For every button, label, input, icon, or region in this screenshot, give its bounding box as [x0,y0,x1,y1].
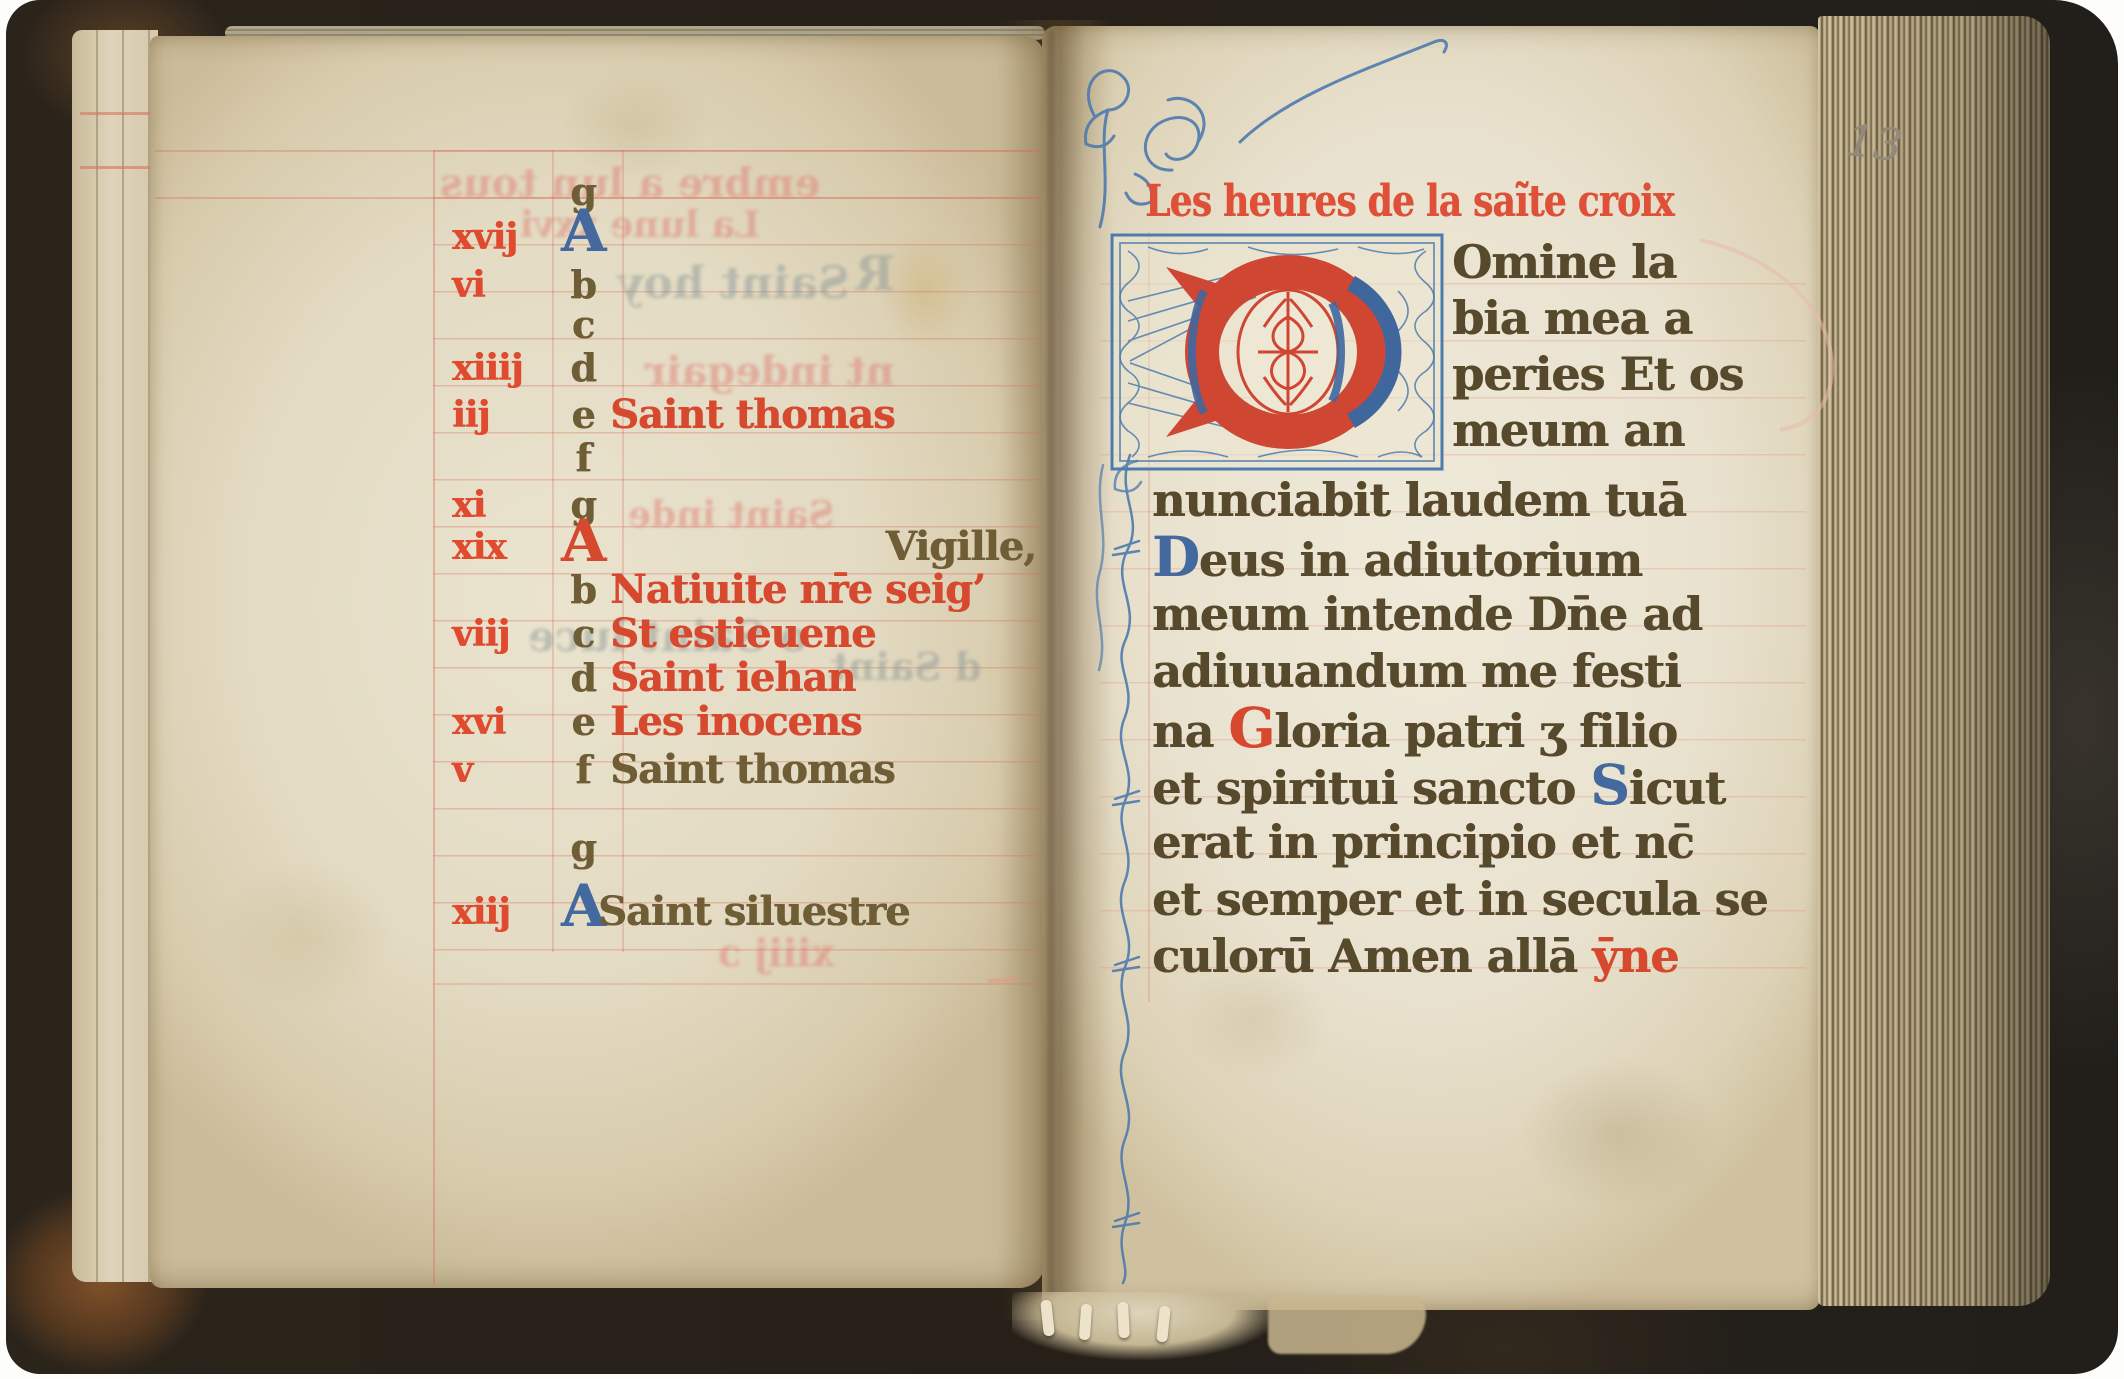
calendar-entry: Saint thomas [610,746,1036,794]
dominical-letter: f [550,746,616,794]
calendar-row: f [450,434,1042,482]
parchment-spine-patch [1268,1296,1426,1354]
initial-letter-d [1166,267,1393,437]
text-line: adiuuandum me festi [1152,645,1817,697]
calendar-row: xi g [450,481,1042,529]
text-line: culorū Amen allā ȳne [1152,930,1817,982]
text-segment: et spiritui sancto [1152,761,1590,815]
text-line: Deus in adiutorium [1152,531,1817,586]
text-segment: ȳne [1592,929,1678,983]
text-segment: meum intende Dn̄e ad [1152,587,1702,641]
calendar-entry: Saint thomas [610,391,1036,439]
red-ruling-tick [80,112,150,115]
text-segment: culorū Amen allā [1152,929,1592,983]
golden-number: xiiij [452,344,548,392]
folio-number: 13 [1843,115,1905,172]
text-segment: et semper et in secula se [1152,872,1768,926]
page-edges-fanned [1818,16,2050,1306]
golden-number: viij [452,610,548,658]
golden-number: xi [452,481,548,529]
text-line: peries Et os [1452,348,1742,400]
calendar-row: xvi e Les inocens [450,698,1042,746]
text-line: nunciabit laudem tuā [1152,474,1817,526]
calendar-row: d Saint iehan [450,654,1042,702]
golden-number: xvij [452,213,548,261]
page-edges-left-stack [72,30,158,1282]
calendar-row: g [450,168,1042,216]
dominical-letter: e [550,698,616,746]
text-line: et spiritui sancto Sicut [1152,759,1817,814]
showthrough-text: xiiij ɔ [718,930,834,975]
calendar-entry: Vigille, [610,523,1036,571]
text-segment: na [1152,704,1228,758]
golden-number: xvi [452,698,548,746]
ruling-line [433,983,1040,985]
text-line: meum an [1452,404,1742,456]
text-segment: erat in principio et nc̄ [1152,815,1694,869]
calendar-entry: Saint iehan [610,654,1036,702]
versal-initial: D [1152,524,1199,589]
text-segment: eus in adiutorium [1199,533,1642,587]
golden-number: xix [452,523,548,571]
text-segment: icut [1629,761,1725,815]
calendar-row: xvij A [450,213,1042,261]
dominical-letter: d [550,654,616,702]
text-segment: nunciabit laudem tuā [1152,473,1686,527]
ruling-line [155,150,1040,152]
dominical-letter: c [550,610,616,658]
calendar-row: xix A Vigille, [450,523,1042,571]
text-segment: adiuuandum me festi [1152,644,1681,698]
text-line: na Gloria patri ʒ filio [1152,702,1817,757]
calendar-row: g [450,824,1042,872]
dominical-letter: c [550,301,616,349]
text-segment: loria patri ʒ filio [1274,704,1677,758]
calendar-entry: Natiuite nr̄e seig’ [610,566,1036,614]
golden-number: iij [452,391,548,439]
dominical-letter: g [550,824,616,872]
golden-number: v [452,746,548,794]
calendar-row: c [450,301,1042,349]
dominical-letter: A [550,517,616,565]
section-title-rubric: Les heures de la saĩte croix [1145,176,1670,227]
calendar-row: v f Saint thomas [450,746,1042,794]
text-line: erat in principio et nc̄ [1152,816,1817,868]
calendar-row: b Natiuite nr̄e seig’ [450,566,1042,614]
manuscript-photo: embre a lun tous La lune xxvi Saint hoy … [0,0,2124,1379]
calendar-row: viij c St estieuene [450,610,1042,658]
versal-initial: S [1590,752,1629,817]
calendar-entry: St estieuene [610,610,1036,658]
calendar-row: xiiij d [450,344,1042,392]
dominical-letter: d [550,344,616,392]
text-line: Omine la [1452,236,1742,288]
versal-initial: G [1228,695,1274,760]
text-line: meum intende Dn̄e ad [1152,588,1817,640]
illuminated-initial-block [1108,231,1446,473]
red-ruling-tick [80,166,150,169]
dominical-letter: b [550,566,616,614]
calendar-entry: Les inocens [610,698,1036,746]
calendar-row: xiij A Saint siluestre [450,888,1042,936]
margin-rule [433,150,435,1285]
dominical-letter: e [550,391,616,439]
calendar-entry: Saint siluestre [598,888,1036,936]
calendar-row: iij e Saint thomas [450,391,1042,439]
text-line: et semper et in secula se [1152,873,1817,925]
dominical-letter: f [550,434,616,482]
text-line: bia mea a [1452,292,1742,344]
sewing-thread [1117,1302,1130,1339]
dominical-letter: A [550,207,616,255]
golden-number: xiij [452,888,548,936]
